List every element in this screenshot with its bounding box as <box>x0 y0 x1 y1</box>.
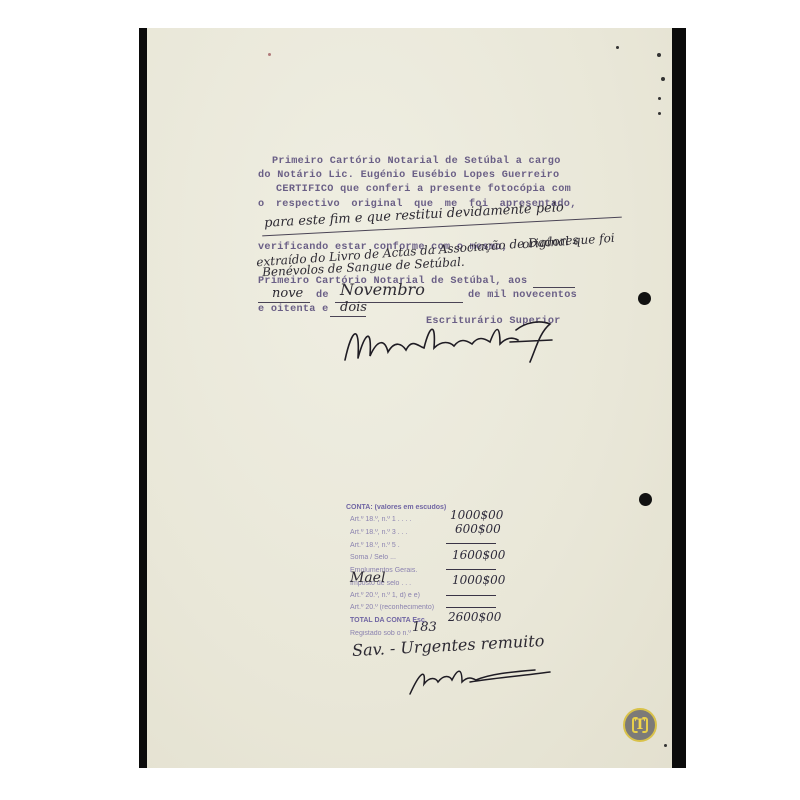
fee-stamp-header: CONTA: (valores em escudos) <box>346 504 446 511</box>
typed-line-8: e oitenta e <box>258 304 329 315</box>
speck <box>657 53 661 57</box>
handwritten-month: Novembro <box>340 280 425 299</box>
fee-row-label: Art.º 18.º, n.º 1 . . . . <box>350 516 411 523</box>
underline <box>258 302 310 303</box>
fee-row-amount: 1600$00 <box>452 548 505 562</box>
fee-row-label: Registado sob o n.º <box>350 630 411 637</box>
blank-line <box>533 287 575 288</box>
separator <box>446 543 496 544</box>
speck <box>661 77 665 81</box>
fee-row-label: Art.º 20.º, n.º 1, d) e e) <box>350 592 420 599</box>
bottom-signature <box>400 662 560 702</box>
speck <box>664 744 667 747</box>
punch-hole-lower <box>639 493 652 506</box>
underline <box>330 316 366 317</box>
fee-row-amount: 600$00 <box>455 522 501 536</box>
typed-line-7: de mil novecentos <box>468 290 577 301</box>
fee-row-label: Art.º 18.º, n.º 5 . <box>350 542 400 549</box>
speck <box>658 97 661 100</box>
red-mark <box>268 53 271 56</box>
speck <box>616 46 619 49</box>
clerk-signature <box>340 318 580 368</box>
fee-row-amount: 1000$00 <box>452 573 505 587</box>
fee-row-label: Art.º 18.º, n.º 3 . . . <box>350 529 407 536</box>
separator <box>446 569 496 570</box>
speck <box>658 112 661 115</box>
stamp-initials: Mael <box>350 570 385 586</box>
typed-line-1: Primeiro Cartório Notarial de Setúbal a … <box>272 156 561 167</box>
separator <box>446 607 496 608</box>
punch-hole-upper <box>638 292 651 305</box>
text-recognition-button[interactable]: T <box>623 708 657 742</box>
typed-de: de <box>316 290 329 301</box>
typed-line-2: do Notário Lic. Eugénio Eusébio Lopes Gu… <box>258 170 559 181</box>
handwritten-day: nove <box>272 286 303 301</box>
fee-row-amount: 2600$00 <box>448 610 501 624</box>
fee-row-amount: 1000$00 <box>450 508 503 522</box>
separator <box>446 595 496 596</box>
typed-line-3: CERTIFICO que conferi a presente fotocóp… <box>276 184 571 195</box>
registration-number: 183 <box>412 620 437 635</box>
fee-row-label: Soma / Selo ... <box>350 554 396 561</box>
text-recognition-icon: T <box>635 717 645 733</box>
handwritten-year: dois <box>340 300 367 315</box>
fee-row-label: Art.º 20.º (reconhecimento) <box>350 604 434 611</box>
